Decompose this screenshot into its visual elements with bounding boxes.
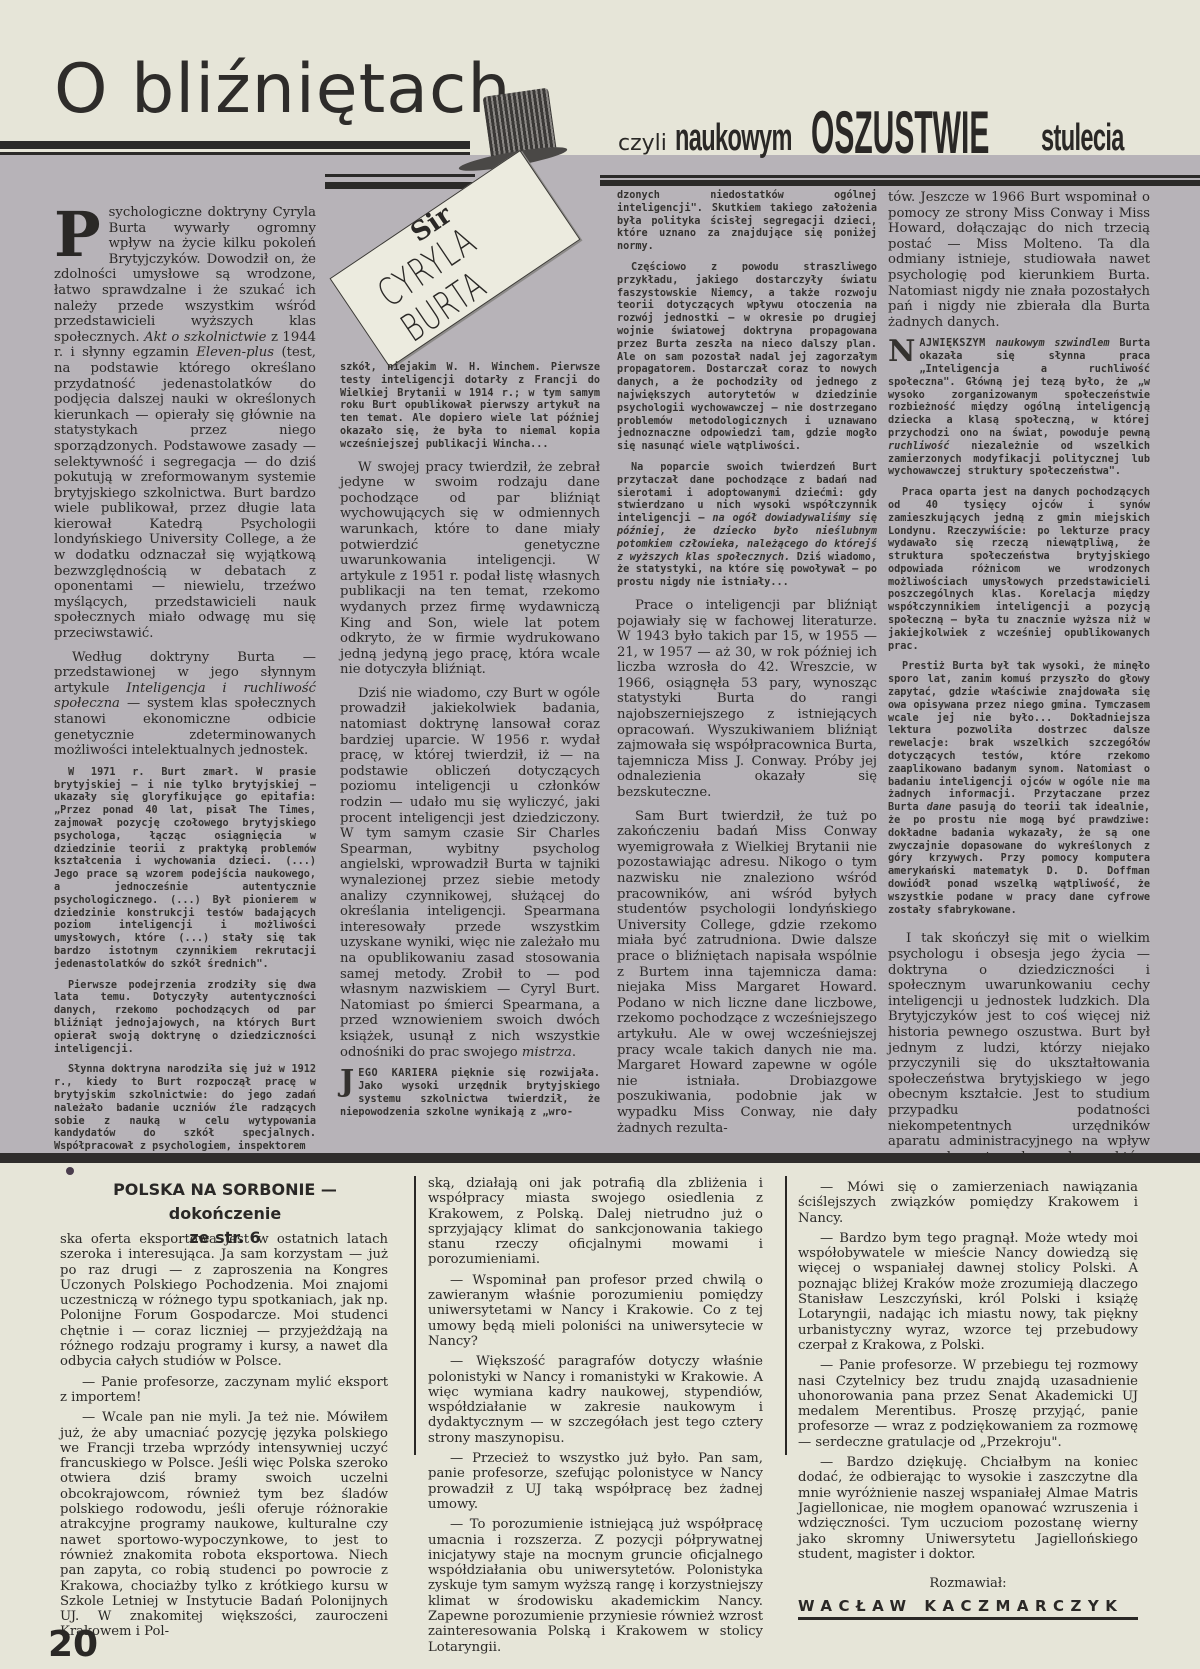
paragraph: Pierwsze podejrzenia zrodziły się dwa la… bbox=[54, 980, 316, 1057]
article-column-4: tów. Jeszcze w 1966 Burt wspominał o pom… bbox=[888, 190, 1150, 1205]
header-rule-thin bbox=[0, 152, 470, 155]
paragraph: — To porozumienie istniejącą już współpr… bbox=[428, 1517, 763, 1655]
paragraph: — Wcale pan nie myli. Ja też nie. Mówiłe… bbox=[60, 1410, 388, 1639]
article-subtitle: czyli naukowym OSZUSTWIE stulecia bbox=[618, 106, 1174, 160]
subtitle-rule-thin bbox=[600, 175, 1200, 178]
paragraph: — Bardzo dziękuję. Chciałbym na koniec d… bbox=[798, 1455, 1138, 1562]
paragraph: — Mówi się o zamierzeniach nawiązania śc… bbox=[798, 1180, 1138, 1226]
continuation-column-3: — Mówi się o zamierzeniach nawiązania śc… bbox=[798, 1180, 1138, 1625]
paragraph: Na poparcie swoich twierdzeń Burt przyta… bbox=[617, 462, 877, 590]
decor-rule-thick bbox=[325, 182, 475, 189]
subtitle-rule-thick bbox=[600, 180, 1200, 186]
paragraph: NAJWIĘKSZYM naukowym szwindlem Burta oka… bbox=[888, 338, 1150, 479]
subtitle-stulecia: stulecia bbox=[1041, 117, 1124, 160]
paragraph: — Przecież to wszystko już było. Pan sam… bbox=[428, 1451, 763, 1512]
subtitle-naukowym: naukowym bbox=[675, 117, 792, 160]
paragraph: — Większość paragrafów dotyczy właśnie p… bbox=[428, 1354, 763, 1446]
continuation-column-1: ska oferta eksportowa jest w ostatnich l… bbox=[60, 1232, 388, 1645]
subtitle-oszustwie: OSZUSTWIE bbox=[811, 106, 989, 160]
column-divider bbox=[414, 1176, 416, 1455]
paragraph: — Wspominał pan profesor przed chwilą o … bbox=[428, 1273, 763, 1349]
continuation-column-2: ską, działają oni jak potrafią dla zbliż… bbox=[428, 1176, 763, 1660]
paragraph: Dziś nie wiadomo, czy Burt w ogóle prowa… bbox=[340, 686, 600, 1060]
paragraph: szkół, niejakim W. H. Winchem. Pierwsze … bbox=[340, 362, 600, 452]
paragraph: Słynna doktryna narodziła się już w 1912… bbox=[54, 1064, 316, 1154]
paragraph: — Panie profesorze, zaczynam mylić ekspo… bbox=[60, 1375, 388, 1406]
ink-dot bbox=[66, 1167, 74, 1175]
article-column-1: Psychologiczne doktryny Cyryla Burta wyw… bbox=[54, 205, 316, 1162]
heading-suffix: dokończenie bbox=[169, 1204, 281, 1223]
paragraph: ska oferta eksportowa jest w ostatnich l… bbox=[60, 1232, 388, 1370]
column-divider bbox=[785, 1176, 787, 1455]
drop-cap: J bbox=[340, 1070, 354, 1094]
panel-bottom-rule bbox=[0, 1153, 1200, 1163]
paragraph: — Panie profesorze. W przebiegu tej rozm… bbox=[798, 1358, 1138, 1450]
paragraph: W swojej pracy twierdził, że zebrał jedy… bbox=[340, 460, 600, 678]
paragraph: Sam Burt twierdził, że tuż po zakończeni… bbox=[617, 809, 877, 1136]
article-column-2: szkół, niejakim W. H. Winchem. Pierwsze … bbox=[340, 362, 600, 1127]
decor-rule-thin bbox=[325, 174, 475, 177]
subtitle-czyli: czyli bbox=[618, 131, 667, 160]
paragraph: JEGO KARIERA pięknie się rozwijała. Jako… bbox=[340, 1068, 600, 1119]
paragraph: Psychologiczne doktryny Cyryla Burta wyw… bbox=[54, 205, 316, 642]
paragraph: tów. Jeszcze w 1966 Burt wspominał o pom… bbox=[888, 190, 1150, 330]
paragraph: dzonych niedostatków ogólnej inteligencj… bbox=[617, 190, 877, 254]
heading-title: POLSKA NA SORBONIE bbox=[113, 1180, 315, 1199]
paragraph: W 1971 r. Burt zmarł. W prasie brytyjski… bbox=[54, 767, 316, 972]
header-rule-thick bbox=[0, 141, 470, 149]
paragraph: — Bardzo bym tego pragnął. Może wtedy mo… bbox=[798, 1231, 1138, 1353]
magazine-page: O bliźniętach czyli naukowym OSZUSTWIE s… bbox=[0, 0, 1200, 1669]
paragraph: Prestiż Burta był tak wysoki, że minęło … bbox=[888, 661, 1150, 917]
paragraph: Według doktryny Burta — przedstawionej w… bbox=[54, 650, 316, 759]
page-number: 20 bbox=[48, 1624, 98, 1665]
drop-cap: N bbox=[888, 340, 915, 364]
paragraph: Praca oparta jest na danych pochodzących… bbox=[888, 487, 1150, 653]
paragraph: Częściowo z powodu straszliwego przykład… bbox=[617, 262, 877, 454]
byline-author: WACŁAW KACZMARCZYK bbox=[798, 1599, 1138, 1619]
paragraph: ską, działają oni jak potrafią dla zbliż… bbox=[428, 1176, 763, 1268]
byline-label: Rozmawiał: bbox=[798, 1576, 1138, 1591]
article-title: O bliźniętach bbox=[54, 50, 511, 129]
drop-cap: P bbox=[54, 209, 101, 261]
article-column-3: dzonych niedostatków ogólnej inteligencj… bbox=[617, 190, 877, 1144]
paragraph: Prace o inteligencji par bliźniąt pojawi… bbox=[617, 598, 877, 801]
